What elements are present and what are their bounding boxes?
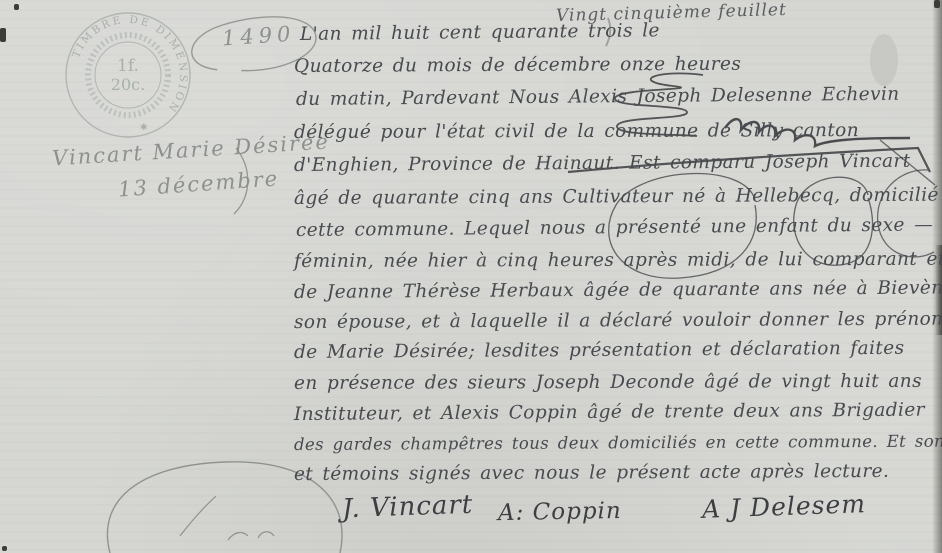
manuscript-page: TIMBRE DE DIMENSION ✱ 1f. 20c. bbox=[0, 0, 942, 553]
manuscript-line: féminin, née hier à cinq heures après mi… bbox=[294, 249, 942, 272]
manuscript-line: des gardes champêtres tous deux domicili… bbox=[294, 431, 942, 454]
scan-speck bbox=[14, 4, 19, 10]
manuscript-line: son épouse, et à laquelle il a déclaré v… bbox=[294, 309, 942, 333]
signature-officer: A J Delesem bbox=[702, 489, 867, 524]
fiscal-stamp: TIMBRE DE DIMENSION ✱ 1f. 20c. bbox=[66, 13, 190, 137]
manuscript-line: d'Enghien, Province de Hainaut. Est comp… bbox=[294, 151, 911, 176]
manuscript-line: et témoins signés avec nous le présent a… bbox=[294, 461, 889, 485]
stamp-star-icon: ✱ bbox=[140, 123, 148, 133]
manuscript-line: Instituteur, et Alexis Coppin âgé de tre… bbox=[294, 400, 925, 425]
stamp-value-bottom: 20c. bbox=[111, 75, 145, 94]
manuscript-line: de Marie Désirée; lesdites présentation … bbox=[294, 338, 905, 363]
stamp-value-top: 1f. bbox=[117, 56, 139, 76]
scan-speck bbox=[0, 28, 6, 42]
act-number: 1490 bbox=[221, 21, 296, 50]
signature-father: J. Vincart bbox=[342, 490, 474, 525]
manuscript-line: L'an mil huit cent quarante trois le bbox=[300, 20, 660, 45]
manuscript-line: âgé de quarante cinq ans Cultivateur né … bbox=[294, 184, 942, 209]
manuscript-line: en présence des sieurs Joseph Deconde âg… bbox=[294, 371, 922, 394]
manuscript-line: délégué pour l'état civil de la commune … bbox=[294, 120, 859, 143]
manuscript-line: Quatorze du mois de décembre onze heures bbox=[294, 54, 741, 77]
scan-speck bbox=[2, 546, 7, 551]
scan-speck bbox=[934, 0, 940, 8]
paper-smudge bbox=[870, 34, 898, 86]
signature-witness: A: Coppin bbox=[498, 498, 622, 526]
